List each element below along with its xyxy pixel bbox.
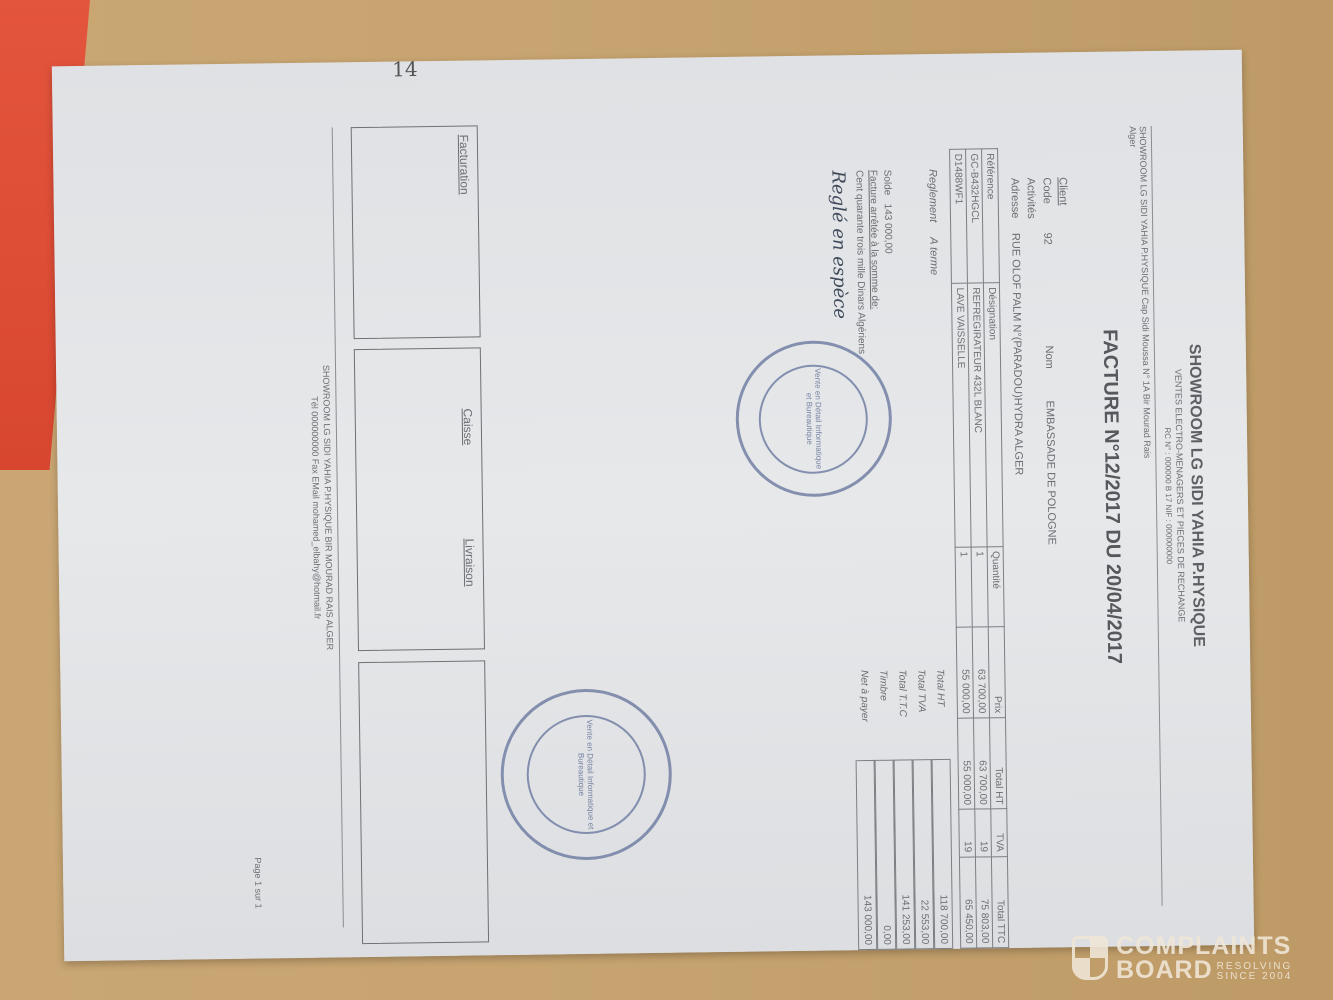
table-cell: 65 450,00 xyxy=(959,857,976,949)
amount-words-label: Facture arrêtée à la somme de: xyxy=(867,170,880,310)
table-cell: 55 000,00 xyxy=(958,718,975,810)
address-city: Alger xyxy=(1128,126,1138,147)
totals-block: Total HT118 700,00Total TVA22 553,00Tota… xyxy=(854,669,953,950)
column-header: Quantité xyxy=(987,546,1004,626)
total-label: Total HT xyxy=(934,669,946,759)
payment-terms: Reglement A terme xyxy=(926,169,939,275)
table-cell: 55 000,00 xyxy=(956,627,973,719)
client-label: Client xyxy=(1056,177,1068,205)
solde-label: Solde xyxy=(881,170,892,196)
solde-block: Solde 143 000,00 Facture arrêtée à la so… xyxy=(851,170,896,355)
column-header: Total TTC xyxy=(991,856,1008,948)
box-blank xyxy=(358,660,489,944)
company-stamp-icon: Vente en Détail Informatique et Bureauti… xyxy=(735,340,893,498)
total-row: Net à payer143 000,00 xyxy=(854,670,877,950)
client-code: 92 xyxy=(1039,232,1057,342)
total-label: Total TVA xyxy=(915,669,927,759)
box-label: Caisse xyxy=(461,408,476,445)
page-number: Page 1 sur 1 xyxy=(253,857,264,908)
stamp-text: Vente en Détail Informatique et Bureauti… xyxy=(526,714,647,835)
table-cell: 19 xyxy=(975,809,992,857)
pencil-note: 14 xyxy=(392,57,418,81)
box-label: Facturation xyxy=(457,135,472,195)
payment-value: A terme xyxy=(927,237,940,275)
client-address: RUE OLOF PALM N°(PARADOU)HYDRA ALGER xyxy=(1009,233,1024,476)
total-value: 22 553,00 xyxy=(913,759,935,949)
payment-label: Reglement xyxy=(926,169,939,222)
column-header: Prix xyxy=(988,626,1005,718)
table-cell: 63 700,00 xyxy=(972,627,989,719)
table-cell: 63 700,00 xyxy=(973,718,990,810)
total-row: Total TVA22 553,00 xyxy=(911,669,934,949)
column-header: Total HT xyxy=(989,718,1006,810)
shield-icon xyxy=(1072,936,1108,980)
table-cell: D1488WF1 xyxy=(950,149,968,283)
table-cell: 19 xyxy=(959,809,976,857)
stamp-text: Vente en Détail Informatique et Bureauti… xyxy=(759,363,870,474)
column-header: Référence xyxy=(982,149,1000,283)
total-label: Timbre xyxy=(877,670,889,760)
table-cell: GC-B432HGCL xyxy=(966,149,984,283)
company-stamp-icon: Vente en Détail Informatique et Bureauti… xyxy=(500,688,673,861)
signature-boxes: Facturation Caisse Livraison xyxy=(348,125,489,947)
amount-words: Cent quarante trois mille Dinars Algérie… xyxy=(853,170,867,354)
box-label: Livraison xyxy=(462,538,477,586)
invoice-paper: SHOWROOM LG SIDI YAHIA P.HYSIQUE VENTES … xyxy=(52,50,1254,962)
table-cell: 75 803,00 xyxy=(975,856,992,948)
handwritten-paid-note: Reglé en espèce xyxy=(827,170,850,319)
total-label: Total T.T.C xyxy=(896,669,908,759)
client-block: Client Code 92 Nom EMBASSADE DE POLOGNE … xyxy=(1006,177,1075,545)
total-row: Timbre0,00 xyxy=(873,670,896,950)
company-address: SHOWROOM LG SIDI YAHIA P.HYSIQUE Cap Sid… xyxy=(1128,126,1153,458)
name-label: Nom xyxy=(1041,345,1058,397)
solde-value: 143 000,00 xyxy=(882,204,894,254)
total-value: 143 000,00 xyxy=(856,760,878,950)
address-label: Adresse xyxy=(1006,178,1023,230)
total-value: 0,00 xyxy=(875,760,897,950)
total-row: Total T.T.C141 253,00 xyxy=(892,669,915,949)
total-value: 141 253,00 xyxy=(894,759,916,949)
items-table: RéférenceDésignationQuantitéPrixTotal HT… xyxy=(949,148,1009,949)
watermark-tag2: SINCE 2004 xyxy=(1217,971,1293,982)
complaints-board-watermark: COMPLAINTS BOARD RESOLVINGSINCE 2004 xyxy=(1072,934,1292,982)
client-name: EMBASSADE DE POLOGNE xyxy=(1044,401,1058,545)
total-value: 118 700,00 xyxy=(932,759,954,949)
activity-label: Activités xyxy=(1022,178,1039,230)
watermark-line2: BOARD xyxy=(1116,958,1213,982)
address-line: SHOWROOM LG SIDI YAHIA P.HYSIQUE Cap Sid… xyxy=(1138,126,1153,458)
table-cell: 1 xyxy=(955,547,972,627)
box-facturation: Facturation xyxy=(351,125,481,339)
total-label: Net à payer xyxy=(858,670,870,760)
column-header: TVA xyxy=(991,809,1008,857)
box-caisse-livraison: Caisse Livraison xyxy=(354,347,485,651)
invoice-title: FACTURE N°12/2017 DU 20/04/2017 xyxy=(1094,56,1129,936)
code-label: Code xyxy=(1038,177,1055,229)
invoice-page: SHOWROOM LG SIDI YAHIA P.HYSIQUE VENTES … xyxy=(57,55,1249,951)
total-row: Total HT118 700,00 xyxy=(930,669,953,949)
table-cell: 1 xyxy=(971,547,988,627)
watermark-line1: COMPLAINTS xyxy=(1116,934,1292,958)
